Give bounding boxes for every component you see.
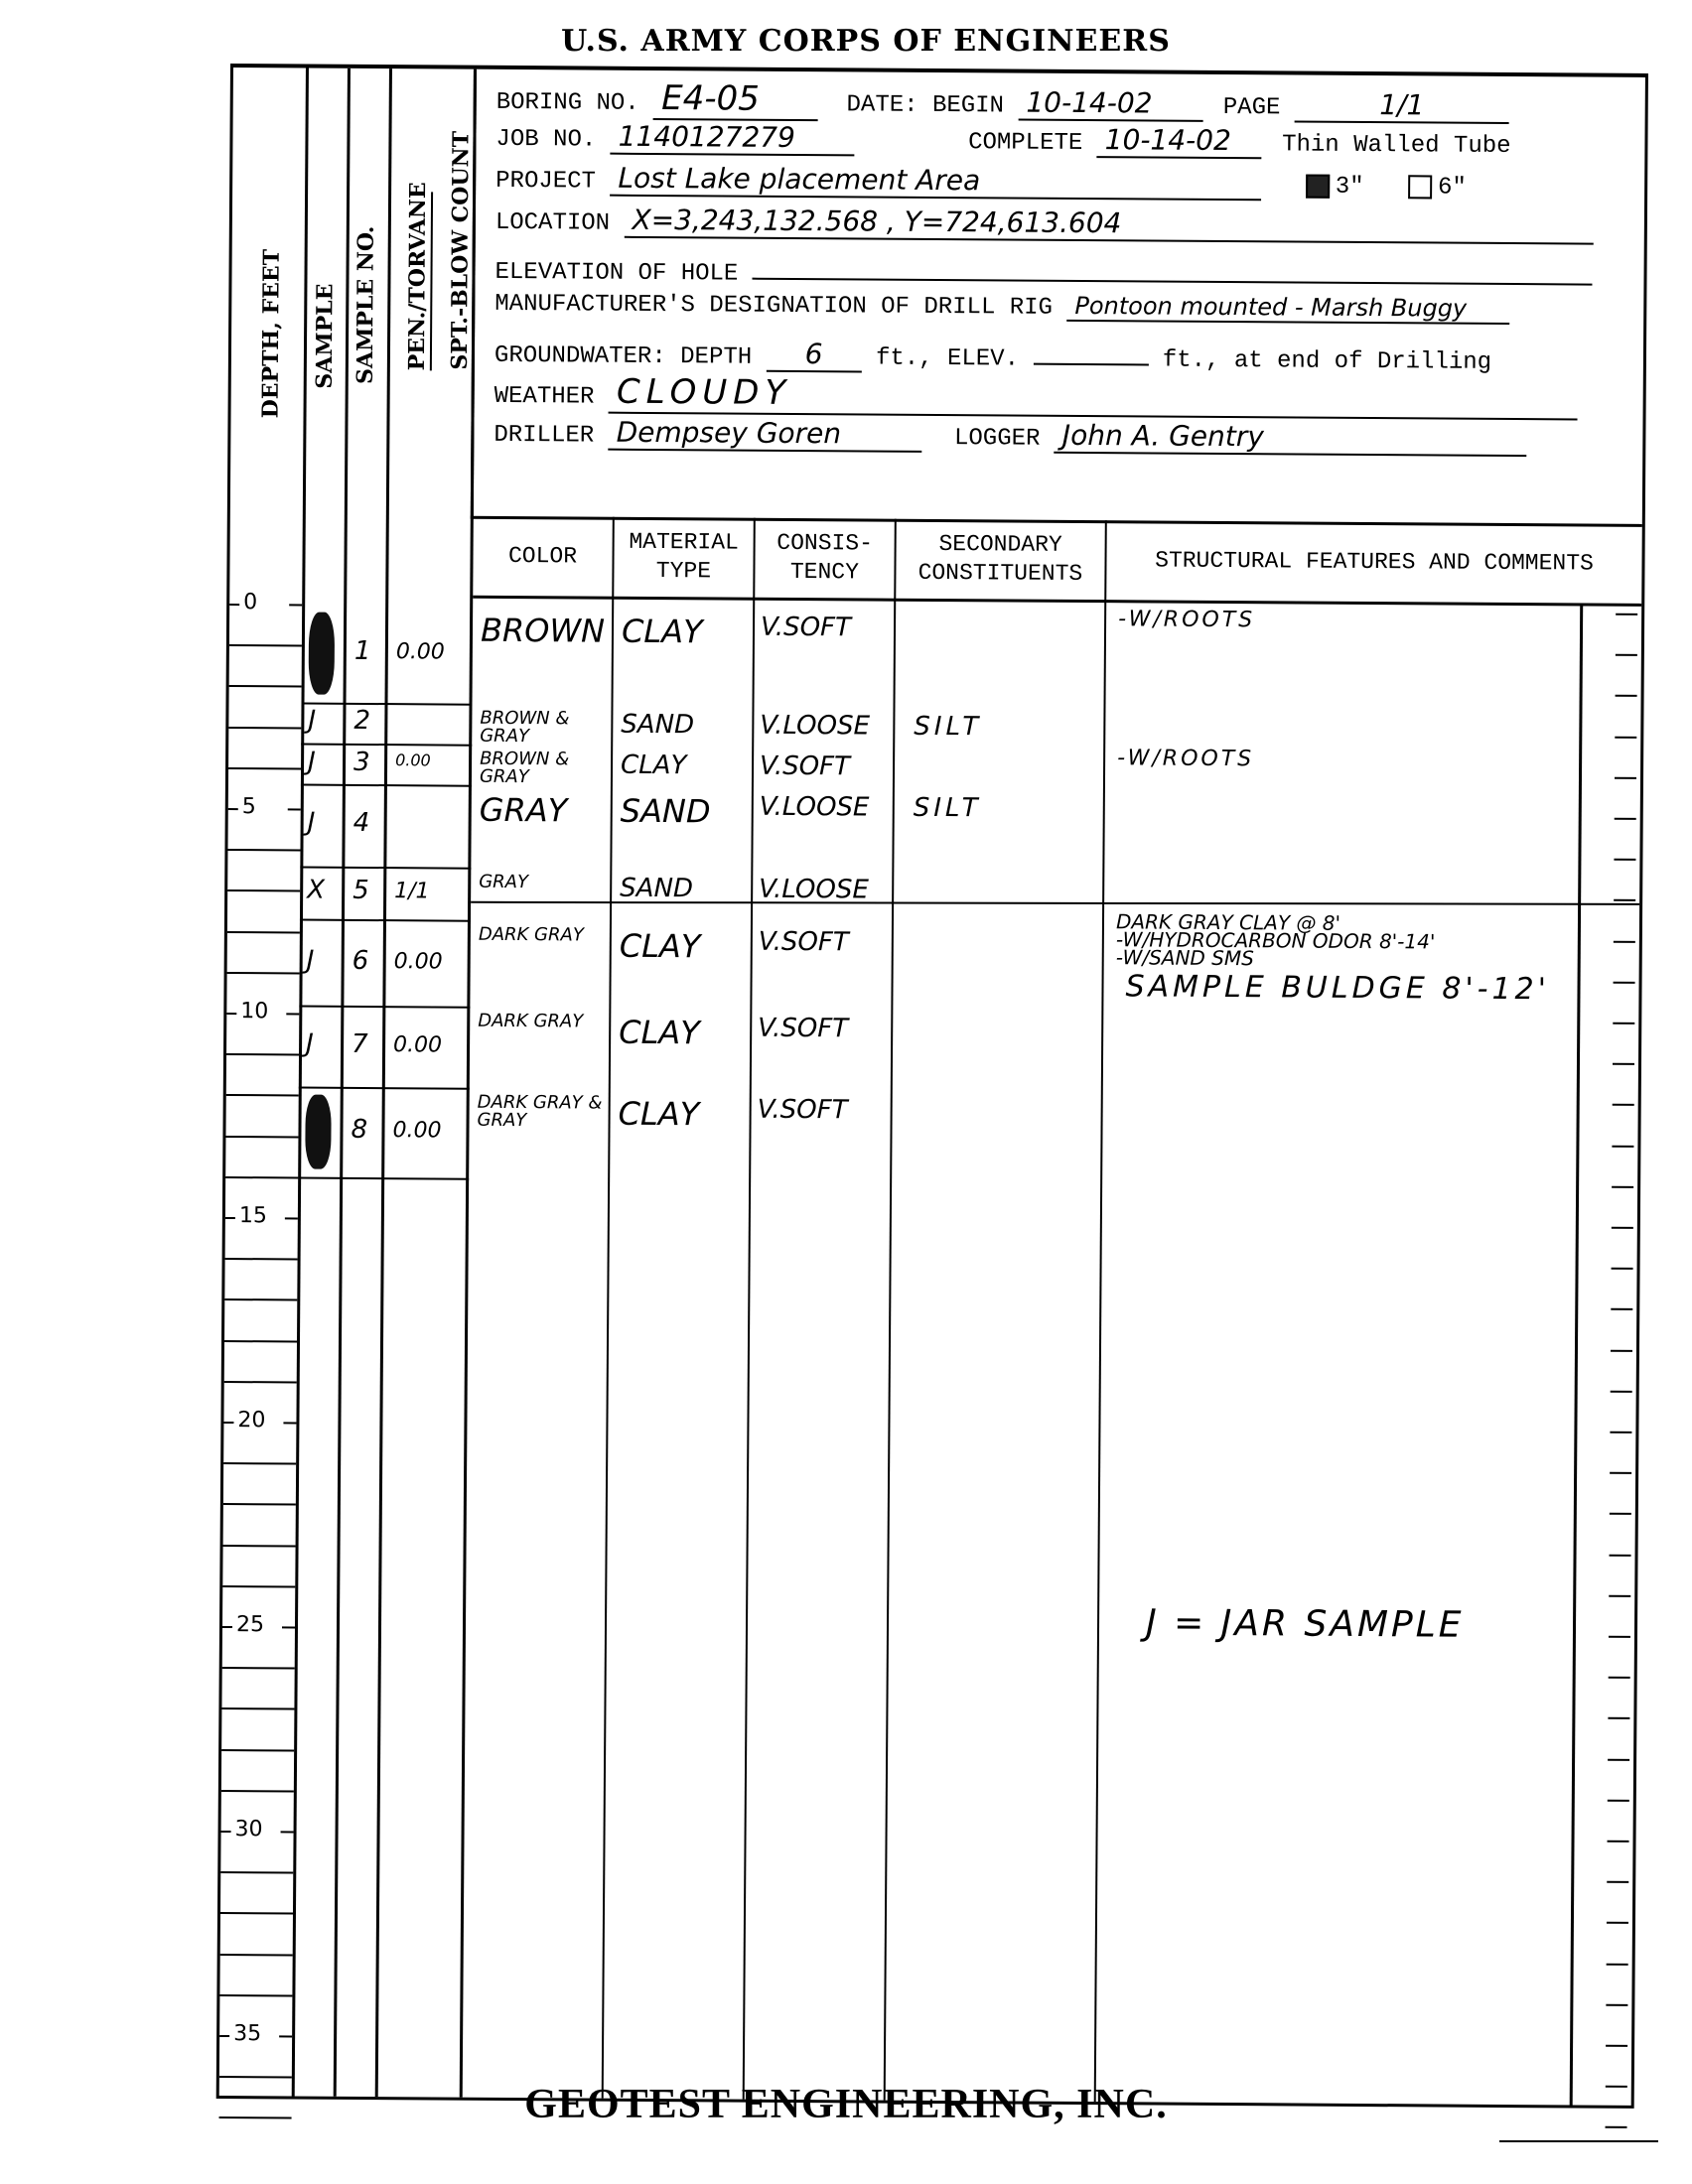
sample-number: 7 (352, 1030, 368, 1058)
depth-gridline (228, 727, 301, 730)
scale-tick (1614, 859, 1635, 861)
location-field[interactable]: X=3,243,132.568 , Y=724,613.604 (624, 204, 1593, 245)
depth-label: 20 (231, 1408, 271, 1433)
location-label: LOCATION (495, 209, 610, 237)
scale-tick (1609, 1636, 1630, 1638)
sample-no-label: SAMPLE NO. (352, 255, 379, 384)
scale-tick (1609, 1677, 1630, 1679)
depth-tick (225, 1217, 235, 1219)
boring-log-form: DEPTH, FEET SAMPLE SAMPLE NO. PEN./TORVA… (216, 64, 1648, 2109)
material-value: CLAY (622, 613, 703, 651)
color-value: BROWN (481, 612, 610, 650)
secondary-value: SILT (914, 794, 982, 822)
sample-label: SAMPLE (312, 290, 339, 389)
depth-tick (229, 604, 239, 606)
driller-field[interactable]: Dempsey Goren (609, 416, 922, 453)
groundwater-label: GROUNDWATER: DEPTH (494, 342, 752, 371)
scale-tick (1611, 1308, 1632, 1310)
sample-type-mark: J (307, 946, 315, 974)
sample-row[interactable] (301, 744, 472, 785)
job-no-field[interactable]: 1140127279 (611, 120, 855, 157)
spt-blow-count-label: SPT.-BLOW COUNT (447, 172, 474, 370)
consistency-value: V.LOOSE (760, 712, 870, 741)
depth-tick (282, 1626, 295, 1628)
scale-tick (1610, 1554, 1631, 1556)
depth-gridline (221, 1707, 294, 1710)
scale-tick (1612, 1145, 1633, 1147)
job-no-label: JOB NO. (495, 126, 596, 154)
material-value: CLAY (619, 1014, 700, 1052)
company-footer: GEOTEST ENGINEERING, INC. (0, 2081, 1692, 2128)
depth-gridline (228, 767, 301, 770)
scale-tick (1616, 695, 1637, 697)
scale-tick (1607, 1922, 1628, 1924)
depth-tick (221, 1831, 231, 1833)
depth-feet-label: DEPTH, FEET (258, 219, 285, 418)
project-row: PROJECT Lost Lake placement Area 3" 6" (495, 161, 1632, 208)
pen-torvane-value: 0.00 (393, 1032, 442, 1057)
elevation-row: ELEVATION OF HOLE (494, 246, 1631, 294)
scale-tick (1608, 1800, 1629, 1802)
depth-gridline (226, 1053, 299, 1056)
depth-gridline (223, 1503, 296, 1506)
divider (884, 599, 897, 2101)
depth-gridline (220, 1954, 293, 1957)
tube-3in-label: 3" (1336, 174, 1364, 201)
depth-gridline (221, 1749, 294, 1752)
depth-label: 10 (234, 999, 274, 1024)
depth-gridline (221, 1790, 294, 1793)
tube-6in-label: 6" (1438, 174, 1467, 201)
scale-tick (1612, 1186, 1633, 1188)
sample-row[interactable] (300, 784, 472, 868)
depth-gridline (229, 644, 302, 647)
drill-rig-field[interactable]: Pontoon mounted - Marsh Buggy (1066, 292, 1509, 325)
depth-tick (289, 604, 302, 606)
drill-rig-row: MANUFACTURER'S DESIGNATION OF DRILL RIG … (494, 288, 1631, 336)
scale-tick (1607, 1963, 1628, 1965)
color-value: DARK GRAY (479, 926, 608, 945)
groundwater-elev-label: ft., ELEV. (876, 345, 1019, 373)
sample-row[interactable] (300, 866, 471, 920)
complete-field[interactable]: 10-14-02 (1097, 123, 1262, 159)
signature-line (1499, 2140, 1658, 2142)
pen-torvane-value: 0.00 (396, 640, 445, 665)
scale-tick (1610, 1472, 1631, 1474)
page-field[interactable]: 1/1 (1295, 87, 1509, 124)
driller-row: DRILLER Dempsey Goren LOGGER John A. Gen… (493, 415, 1630, 463)
depth-gridline (225, 1176, 298, 1179)
depth-gridline (222, 1585, 295, 1588)
depth-tick (279, 2035, 292, 2037)
consistency-value: V.SOFT (761, 614, 851, 642)
job-row: JOB NO. 1140127279 COMPLETE 10-14-02 Thi… (495, 119, 1632, 167)
header-block: BORING NO. E4-05 DATE: BEGIN 10-14-02 PA… (471, 69, 1645, 527)
tube-label: Thin Walled Tube (1282, 131, 1511, 160)
consistency-value: V.SOFT (758, 1014, 848, 1042)
depth-gridline (227, 849, 300, 852)
depth-gridline (219, 1994, 292, 1997)
groundwater-row: GROUNDWATER: DEPTH 6 ft., ELEV. ft., at … (494, 330, 1631, 377)
depth-gridline (222, 1667, 295, 1670)
depth-gridline (223, 1545, 296, 1548)
color-value: DARK GRAY & GRAY (478, 1094, 607, 1131)
pen-torvane-label: PEN./TORVANE (404, 192, 433, 370)
sample-filled-icon (309, 613, 336, 695)
depth-label: 0 (237, 590, 263, 614)
scale-tick (1610, 1513, 1631, 1515)
scale-tick (1608, 1841, 1629, 1843)
scale-tick (1613, 1023, 1634, 1024)
consistency-value: V.SOFT (759, 928, 849, 957)
scale-tick (1614, 899, 1635, 901)
col-material-header: MATERIAL TYPE (614, 517, 756, 601)
divider (1094, 600, 1107, 2102)
sample-type-mark: J (306, 1030, 314, 1058)
material-value: CLAY (621, 751, 687, 779)
color-value: GRAY (480, 791, 609, 830)
scale-tick (1606, 2045, 1627, 2047)
material-value: SAND (621, 711, 694, 740)
tube-6in-option[interactable]: 6" (1408, 174, 1467, 201)
sample-type-mark: X (307, 877, 325, 904)
depth-label: 5 (236, 794, 262, 819)
consistency-value: V.SOFT (760, 752, 850, 781)
comment-value: -W/ROOTS (1117, 745, 1254, 773)
consistency-value: V.LOOSE (759, 875, 869, 903)
color-value: GRAY (479, 873, 608, 891)
depth-gridline (220, 1912, 293, 1915)
sample-filled-icon (305, 1095, 332, 1169)
comment-value: -W/ROOTS (1118, 606, 1255, 634)
pen-torvane-value: 0.00 (392, 1119, 441, 1144)
depth-gridline (219, 2076, 292, 2079)
pen-torvane-value: 1/1 (394, 880, 430, 904)
elevation-field[interactable] (753, 248, 1593, 286)
depth-tick (281, 1831, 294, 1833)
scale-tick (1608, 1717, 1629, 1719)
depth-gridline (223, 1462, 296, 1465)
scale-tick (1611, 1391, 1632, 1393)
material-value: CLAY (618, 1095, 699, 1134)
depth-label: 30 (228, 1817, 268, 1842)
depth-tick (223, 1422, 233, 1424)
project-field[interactable]: Lost Lake placement Area (610, 162, 1261, 202)
logger-field[interactable]: John A. Gentry (1055, 419, 1527, 457)
drill-rig-label: MANUFACTURER'S DESIGNATION OF DRILL RIG (494, 291, 1053, 322)
date-begin-field[interactable]: 10-14-02 (1018, 86, 1202, 122)
agency-title: U.S. ARMY CORPS OF ENGINEERS (0, 24, 1692, 59)
boring-no-label: BORING NO. (496, 89, 639, 117)
depth-tick (226, 1013, 236, 1015)
depth-tick (228, 808, 238, 810)
color-value: BROWN & GRAY (480, 751, 609, 787)
scale-tick (1615, 777, 1636, 779)
boring-no-field[interactable]: E4-05 (653, 78, 818, 121)
tube-3in-option[interactable]: 3" (1306, 174, 1364, 201)
groundwater-elev-field[interactable] (1033, 334, 1148, 366)
legend-note: J = JAR SAMPLE (1146, 1602, 1465, 1645)
scale-tick (1613, 1104, 1634, 1106)
depth-gridline (224, 1298, 297, 1301)
depth-gridline (225, 1136, 298, 1139)
scale-tick (1608, 1758, 1629, 1760)
divider (743, 598, 756, 2100)
depth-gridline (226, 1094, 299, 1097)
weather-label: WEATHER (494, 383, 595, 411)
sample-number: 3 (353, 749, 370, 776)
depth-gridline (224, 1381, 297, 1384)
checkbox-empty-icon (1408, 175, 1432, 199)
col-secondary-header: SECONDARY CONSTITUENTS (896, 519, 1107, 603)
scale-tick (1613, 1063, 1634, 1065)
col-structural-header: STRUCTURAL FEATURES AND COMMENTS (1106, 520, 1642, 607)
scale-tick (1612, 1227, 1633, 1229)
depth-tick (219, 2035, 229, 2037)
sample-number: 5 (352, 877, 369, 904)
sample-number: 4 (353, 809, 370, 837)
depth-gridline (227, 931, 300, 934)
sample-number: 2 (353, 707, 370, 735)
divider (1570, 604, 1584, 2106)
depth-tick (286, 1013, 299, 1015)
scale-tick (1609, 1595, 1630, 1597)
weather-row: WEATHER CLOUDY (494, 371, 1631, 419)
elevation-label: ELEVATION OF HOLE (494, 259, 738, 288)
depth-gridline (220, 1871, 293, 1874)
sample-row[interactable] (301, 702, 472, 744)
boring-row: BORING NO. E4-05 DATE: BEGIN 10-14-02 PA… (496, 77, 1633, 125)
scale-tick (1610, 1432, 1631, 1433)
page-label: PAGE (1223, 94, 1281, 121)
depth-gridline (224, 1340, 297, 1343)
scale-tick (1611, 1349, 1632, 1351)
sample-type-mark: J (308, 707, 316, 735)
depth-tick (283, 1422, 296, 1424)
depth-label: 15 (233, 1203, 273, 1228)
scale-tick (1614, 940, 1635, 942)
scale-tick (1614, 982, 1635, 984)
complete-label: COMPLETE (968, 129, 1082, 157)
depth-tick (288, 808, 301, 810)
depth-gridline (229, 685, 302, 688)
logger-label: LOGGER (954, 425, 1041, 453)
checkbox-checked-icon (1306, 174, 1330, 198)
consistency-value: V.SOFT (758, 1096, 848, 1125)
groundwater-depth-field[interactable]: 6 (766, 338, 861, 373)
pen-torvane-value: 0.00 (394, 949, 443, 974)
scale-tick (1615, 818, 1636, 820)
material-value: CLAY (620, 927, 701, 966)
driller-label: DRILLER (493, 422, 594, 450)
project-label: PROJECT (495, 168, 596, 196)
depth-label: 25 (230, 1612, 270, 1637)
sample-number: 6 (352, 946, 369, 974)
scale-tick (1607, 1881, 1628, 1883)
sample-number: 8 (351, 1116, 367, 1144)
material-value: SAND (620, 874, 693, 902)
scale-tick (1616, 614, 1637, 615)
depth-gridline (227, 972, 300, 975)
comment-sample-bulge: SAMPLE BULDGE 8'-12' (1125, 969, 1550, 1007)
color-value: BROWN & GRAY (480, 710, 609, 747)
depth-tick (222, 1626, 232, 1628)
weather-field[interactable]: CLOUDY (609, 372, 1578, 421)
consistency-value: V.LOOSE (760, 793, 870, 822)
log-body: DARK GRAY CLAY @ 8' -W/HYDROCARBON ODOR … (219, 594, 1642, 2106)
secondary-value: SILT (914, 713, 982, 741)
scale-tick (1616, 654, 1637, 656)
sample-type-mark: J (308, 748, 316, 775)
pen-torvane-value: 0.00 (395, 751, 431, 769)
location-row: LOCATION X=3,243,132.568 , Y=724,613.604 (495, 203, 1632, 250)
comment-strata-block: DARK GRAY CLAY @ 8' -W/HYDROCARBON ODOR … (1116, 912, 1436, 968)
date-begin-label: DATE: BEGIN (846, 91, 1004, 119)
scale-tick (1615, 736, 1636, 738)
sample-number: 1 (354, 637, 371, 665)
scale-tick (1606, 2004, 1627, 2006)
col-color-header: COLOR (473, 516, 615, 600)
color-value: DARK GRAY (478, 1013, 607, 1031)
groundwater-tail-label: ft., at end of Drilling (1163, 347, 1491, 376)
depth-gridline (225, 1258, 298, 1261)
depth-label: 35 (227, 2021, 267, 2046)
depth-tick (285, 1217, 298, 1219)
depth-gridline (227, 889, 300, 892)
material-value: SAND (621, 792, 711, 831)
sample-row[interactable] (299, 919, 471, 1007)
sample-row[interactable] (299, 1005, 471, 1088)
scale-tick (1612, 1268, 1633, 1270)
col-consistency-header: CONSIS- TENCY (755, 518, 897, 602)
sample-type-mark: J (308, 809, 316, 837)
